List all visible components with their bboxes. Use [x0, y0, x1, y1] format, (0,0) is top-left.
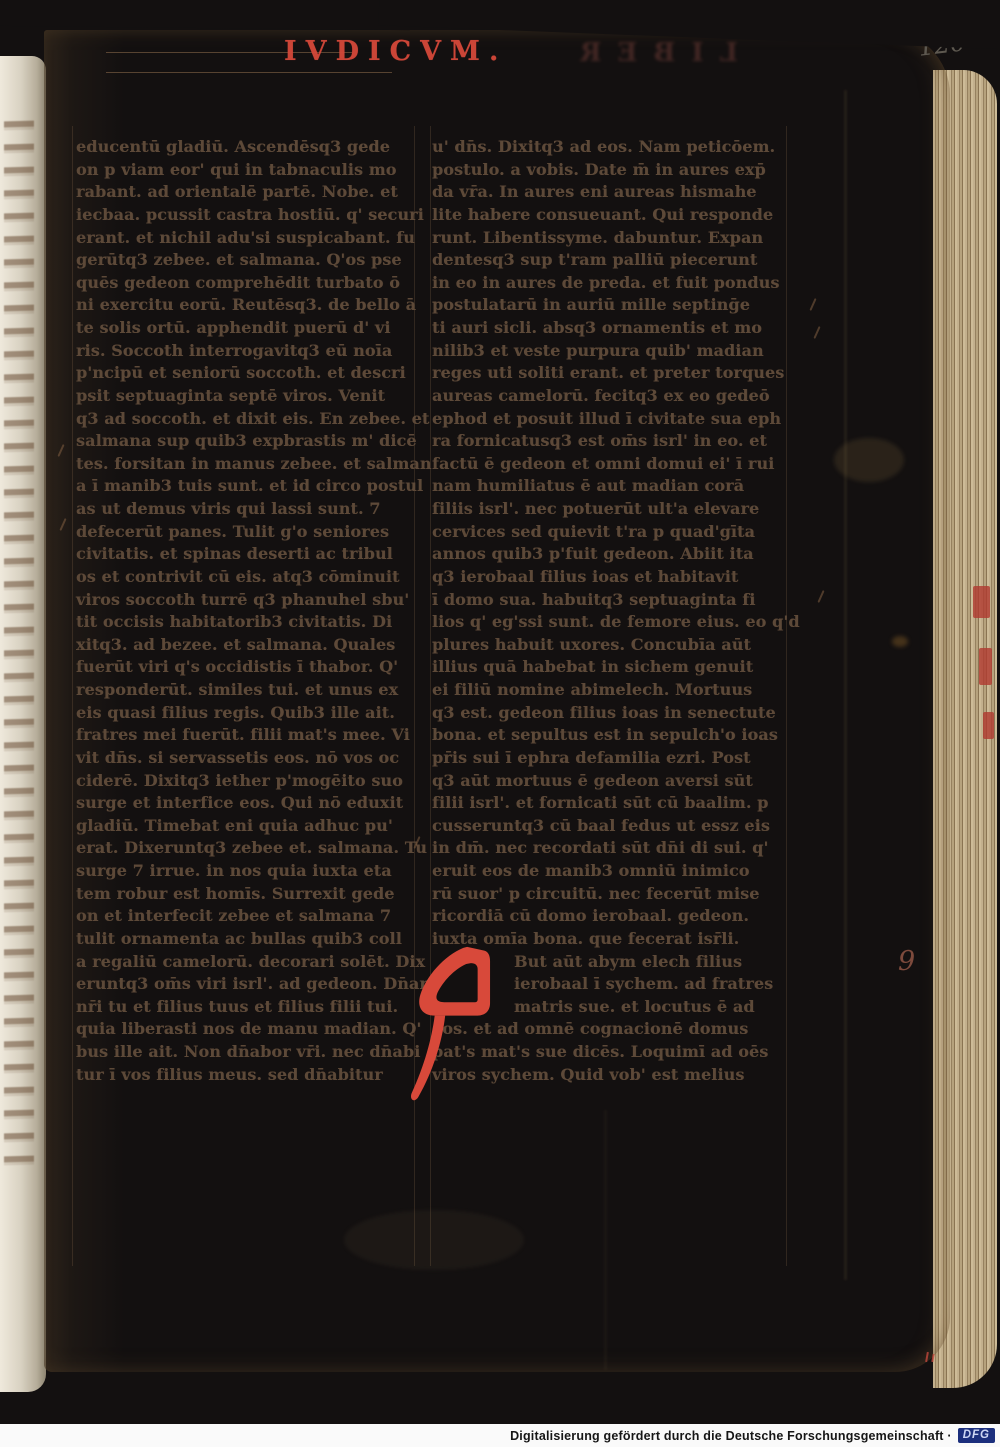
text-line: defecerūt panes. Tulit g'o seniores [76, 521, 420, 544]
text-line: in eo in aures de preda. et fuit pondus [432, 272, 788, 295]
text-line: a regaliū camelorū. decorari solēt. Dix [76, 951, 420, 974]
text-line: psit septuaginta septē viros. Venit [76, 385, 420, 408]
text-line: filii isrl'. et fornicati sūt cū baalim.… [432, 792, 788, 815]
text-line: salmana sup quib3 expbrastis m' dicē [76, 430, 420, 453]
running-title-showthrough: LIBER [564, 38, 738, 68]
stain [344, 1210, 524, 1270]
text-line: in dm̄. nec recordati sūt dn̄i di sui. q… [432, 837, 788, 860]
text-line: factū ē gedeon et omni domui ei' ī rui [432, 453, 788, 476]
text-line: educentū gladiū. Ascendēsq3 gede [76, 136, 420, 159]
text-line: ephod et posuit illud ī civitate sua eph [432, 408, 788, 431]
text-line: on et interfecit zebee et salmana 7 [76, 905, 420, 928]
text-line: rabant. ad orientalē partē. Nobe. et [76, 181, 420, 204]
text-column-left: educentū gladiū. Ascendēsq3 gedeon p via… [76, 136, 420, 1086]
text-line: quia liberasti nos de manu madian. Q' [76, 1018, 420, 1041]
red-pen-mark [925, 1352, 929, 1362]
text-line: tit occisis habitatorib3 civitatis. Di [76, 611, 420, 634]
text-line: u' dn̄s. Dixitq3 ad eos. Nam peticōem. [432, 136, 788, 159]
red-edge-tab [979, 648, 992, 685]
text-line: viros soccoth turrē q3 phanuhel sbu' [76, 589, 420, 612]
text-line: erant. et nichil adu'si suspicabant. fu [76, 227, 420, 250]
text-line: fuerūt viri q's occidistis ī thabor. Q' [76, 656, 420, 679]
photo-background [0, 0, 410, 30]
text-line: ra fornicatusq3 est om̄s isrl' in eo. et [432, 430, 788, 453]
ruling-line [72, 126, 73, 1266]
dfg-banner: Digitalisierung gefördert durch die Deut… [0, 1424, 1000, 1447]
text-line: tem robur est homīs. Surrexit gede [76, 883, 420, 906]
text-line: nilib3 et veste purpura quib' madian [432, 340, 788, 363]
stain [834, 438, 904, 482]
text-line: te solis ortū. apphendit puerū d' vi [76, 317, 420, 340]
text-line: os et contrivit cū eis. atq3 cōminuit [76, 566, 420, 589]
text-line: on p viam eor' qui in tabnaculis mo [76, 159, 420, 182]
text-line: postulatarū in auriū mille septinḡe [432, 294, 788, 317]
dfg-logo: DFG [958, 1428, 995, 1443]
text-line: ris. Soccoth interrogavitq3 eū noīa [76, 340, 420, 363]
text-line: da vr̄a. In aures eni aureas hismahe [432, 181, 788, 204]
text-line: lios q' eg'ssi sunt. de femore eius. eo … [432, 611, 788, 634]
text-line: q3 aūt mortuus ē gedeon aversi sūt [432, 770, 788, 793]
text-line: matris sue. et locutus ē ad [514, 996, 788, 1019]
text-line: civitatis. et spinas deserti ac tribul [76, 543, 420, 566]
text-line: reges uti soliti erant. et preter torque… [432, 362, 788, 385]
text-line: ī domo sua. habuitq3 septuaginta fi [432, 589, 788, 612]
pen-mark [817, 590, 824, 603]
text-line: runt. Libentissyme. dabuntur. Expan [432, 227, 788, 250]
text-line: ei filiū nomine abimelech. Mortuus [432, 679, 788, 702]
text-line: cervices sed quievit t'ra p quad'gīta [432, 521, 788, 544]
text-line: postulo. a vobis. Date m̄ in aures exp̄ [432, 159, 788, 182]
text-line: erat. Dixeruntq3 zebee et. salmana. Tu [76, 837, 420, 860]
pen-mark [813, 326, 820, 339]
previous-page-text-fragments [4, 116, 34, 1177]
text-line: ni exercitu eorū. Reutēsq3. de bello ā [76, 294, 420, 317]
previous-page-edge [0, 56, 46, 1392]
text-line: gerūtq3 zebee. et salmana. Q'os pse [76, 249, 420, 272]
text-line: bona. et sepultus est in sepulch'o ioas [432, 724, 788, 747]
text-line: filiis isrl'. nec potuerūt ult'a elevare [432, 498, 788, 521]
text-line: surge et interfice eos. Qui nō eduxit [76, 792, 420, 815]
text-line: ti auri sicli. absq3 ornamentis et mo [432, 317, 788, 340]
running-title: IVDICVM. [284, 36, 507, 67]
text-line: q3 est. gedeon filius ioas in senectute [432, 702, 788, 725]
text-line: aureas camelorū. fecitq3 ex eo gedeō [432, 385, 788, 408]
text-line: nam humiliatus ē aut madian corā [432, 475, 788, 498]
text-line: as ut demus viris qui lassi sunt. 7 [76, 498, 420, 521]
text-line: fratres mei fuerūt. filii mat's mee. Vi [76, 724, 420, 747]
text-line: rū suor' p circuitū. nec fecerūt mise [432, 883, 788, 906]
text-line: ciderē. Dixitq3 iether p'mogēito suo [76, 770, 420, 793]
text-line: bus ille ait. Non dn̄abor vr̄i. nec dn̄a… [76, 1041, 420, 1064]
text-line: tes. forsitan in manus zebee. et salman [76, 453, 420, 476]
text-line: pr̄is sui ī ephra defamilia ezri. Post [432, 747, 788, 770]
text-line: ricordiā cū domo ierobaal. gedeon. [432, 905, 788, 928]
text-line: eruit eos de manib3 omniū inimico [432, 860, 788, 883]
text-line: xitq3. ad bezee. et salmana. Quales [76, 634, 420, 657]
text-line: dentesq3 sup t'ram palliū piecerunt [432, 249, 788, 272]
text-line: q3 ierobaal filius ioas et habitavit [432, 566, 788, 589]
dfg-banner-text: Digitalisierung gefördert durch die Deut… [510, 1429, 952, 1443]
red-edge-tab [973, 586, 990, 618]
stain [892, 636, 908, 647]
rubricated-initial-A [406, 944, 492, 1116]
chapter-number-marginal: 9 [898, 946, 915, 977]
text-line: eis quasi filius regis. Quib3 ille ait. [76, 702, 420, 725]
text-line: nr̄i tu et filius tuus et filius filii t… [76, 996, 420, 1019]
red-edge-tab [983, 712, 994, 739]
text-line: tulit ornamenta ac bullas quib3 coll [76, 928, 420, 951]
text-line: plures habuit uxores. Concubīa aūt [432, 634, 788, 657]
text-line: p'ncipū et seniorū soccoth. et descri [76, 362, 420, 385]
parchment-crease [604, 1110, 607, 1370]
text-line: vit dn̄s. si servassetis eos. nō vos oc [76, 747, 420, 770]
digitized-manuscript-scan: IVDICVM. LIBER 120 educentū gladiū. Asce… [0, 0, 1000, 1447]
text-line: cusseruntq3 cū baal fedus ut essz eis [432, 815, 788, 838]
text-line: eruntq3 om̄s viri isrl'. ad gedeon. Dn̄a… [76, 973, 420, 996]
text-line: gladiū. Timebat eni quia adhuc pu' [76, 815, 420, 838]
text-line: responderūt. similes tui. et unus ex [76, 679, 420, 702]
text-line: quēs gedeon comprehēdit turbato ō [76, 272, 420, 295]
text-line: But aūt abym elech filius [514, 951, 788, 974]
parchment-crease [844, 90, 847, 1280]
text-line: illius quā habebat in sichem genuit [432, 656, 788, 679]
text-line: q3 ad soccoth. et dixit eis. En zebee. e… [76, 408, 420, 431]
pen-mark [809, 298, 816, 311]
text-line: tur ī vos filius meus. sed dn̄abitur [76, 1064, 420, 1087]
ruling-line [106, 72, 392, 73]
text-line: a ī manib3 tuis sunt. et id circo postul [76, 475, 420, 498]
text-line: ierobaal ī sychem. ad fratres [514, 973, 788, 996]
manuscript-page: IVDICVM. LIBER 120 educentū gladiū. Asce… [44, 30, 950, 1372]
text-line: iecbaa. pcussit castra hostiū. q' securi [76, 204, 420, 227]
text-line: surge 7 irrue. in nos quia iuxta eta [76, 860, 420, 883]
text-line: annos quib3 p'fuit gedeon. Abiit ita [432, 543, 788, 566]
text-line: lite habere consueuant. Qui responde [432, 204, 788, 227]
